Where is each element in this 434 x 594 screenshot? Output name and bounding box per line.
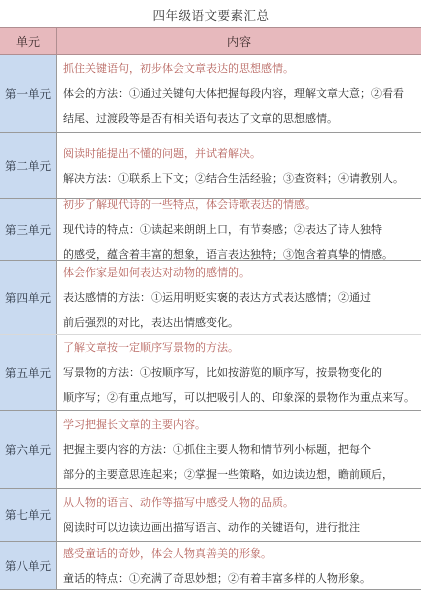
- unit-goal: 阅读时能提出不懂的问题，并试着解决。: [63, 141, 421, 166]
- content-line: 写景物的方法：①按顺序写，比如按游览的顺序写，按景物变化的: [63, 360, 421, 385]
- content-cell: 体会作家是如何表达对动物的感情的。 表达感情的方法：①运用明贬实褒的表达方式表达…: [57, 261, 421, 334]
- content-cell: 从人物的语言、动作等描写中感受人物的品质。 阅读时可以边读边画出描写语言、动作的…: [57, 489, 421, 541]
- unit-cell: 第三单元: [0, 199, 57, 260]
- unit-cell: 第二单元: [0, 133, 57, 198]
- table-row: 第一单元 抓住关键语句，初步体会文章表达的思想感情。 体会的方法：①通过关键句大…: [0, 55, 421, 133]
- content-cell: 阅读时能提出不懂的问题，并试着解决。 解决方法：①联系上下文；②结合生活经验；③…: [57, 133, 421, 198]
- content-line: 阅读时可以边读边画出描写语言、动作的关键语句，进行批注: [63, 515, 421, 540]
- content-line: 表达感情的方法：①运用明贬实褒的表达方式表达感情；②通过: [63, 285, 421, 310]
- unit-goal: 从人物的语言、动作等描写中感受人物的品质。: [63, 490, 421, 515]
- summary-table: 单元 内容 第一单元 抓住关键语句，初步体会文章表达的思想感情。 体会的方法：①…: [0, 27, 421, 590]
- content-line: 把握主要内容的方法：①抓住主要人物和情节列小标题，把每个: [63, 437, 421, 462]
- content-line: 结尾、过渡段等是否有相关语句表达了文章的思想感情。: [63, 106, 421, 131]
- document-title: 四年级语文要素汇总: [0, 6, 422, 24]
- table-row: 第五单元 了解文章按一定顺序写景物的方法。 写景物的方法：①按顺序写，比如按游览…: [0, 335, 421, 411]
- unit-goal: 抓住关键语句，初步体会文章表达的思想感情。: [63, 56, 421, 81]
- table-row: 第八单元 感受童话的奇妙，体会人物真善美的形象。 童话的特点：①充满了奇思妙想；…: [0, 542, 421, 590]
- header-unit: 单元: [0, 28, 57, 54]
- table-row: 第四单元 体会作家是如何表达对动物的感情的。 表达感情的方法：①运用明贬实褒的表…: [0, 261, 421, 335]
- content-cell: 学习把握长文章的主要内容。 把握主要内容的方法：①抓住主要人物和情节列小标题，把…: [57, 411, 421, 488]
- content-line: 童话的特点：①充满了奇思妙想；②有着丰富多样的人物形象。: [63, 566, 421, 591]
- content-line: 顺序写；②有重点地写，可以把吸引人的、印象深的景物作为重点来写。: [63, 385, 421, 410]
- unit-goal: 初步了解现代诗的一些特点，体会诗歌表达的情感。: [63, 192, 421, 217]
- unit-goal: 了解文章按一定顺序写景物的方法。: [63, 335, 421, 360]
- table-row: 第七单元 从人物的语言、动作等描写中感受人物的品质。 阅读时可以边读边画出描写语…: [0, 489, 421, 542]
- unit-cell: 第五单元: [0, 335, 57, 410]
- unit-cell: 第八单元: [0, 542, 57, 589]
- content-cell: 初步了解现代诗的一些特点，体会诗歌表达的情感。 现代诗的特点：①读起来朗朗上口，…: [57, 199, 421, 260]
- unit-cell: 第四单元: [0, 261, 57, 334]
- unit-cell: 第六单元: [0, 411, 57, 488]
- unit-goal: 学习把握长文章的主要内容。: [63, 412, 421, 437]
- table-row: 第三单元 初步了解现代诗的一些特点，体会诗歌表达的情感。 现代诗的特点：①读起来…: [0, 199, 421, 261]
- content-line: 现代诗的特点：①读起来朗朗上口，有节奏感；②表达了诗人独特: [63, 217, 421, 242]
- content-cell: 抓住关键语句，初步体会文章表达的思想感情。 体会的方法：①通过关键句大体把握每段…: [57, 55, 421, 132]
- unit-goal: 感受童话的奇妙，体会人物真善美的形象。: [63, 541, 421, 566]
- unit-cell: 第七单元: [0, 489, 57, 541]
- content-cell: 感受童话的奇妙，体会人物真善美的形象。 童话的特点：①充满了奇思妙想；②有着丰富…: [57, 542, 421, 589]
- unit-goal: 体会作家是如何表达对动物的感情的。: [63, 260, 421, 285]
- content-cell: 了解文章按一定顺序写景物的方法。 写景物的方法：①按顺序写，比如按游览的顺序写，…: [57, 335, 421, 410]
- content-line: 前后强烈的对比，表达出情感变化。: [63, 310, 421, 335]
- content-line: 部分的主要意思连起来；②掌握一些策略，如边读边想，瞻前顾后，: [63, 462, 421, 487]
- table-row: 第二单元 阅读时能提出不懂的问题，并试着解决。 解决方法：①联系上下文；②结合生…: [0, 133, 421, 199]
- unit-cell: 第一单元: [0, 55, 57, 132]
- table-header: 单元 内容: [0, 27, 421, 55]
- content-line: 解决方法：①联系上下文；②结合生活经验；③查资料；④请教别人。: [63, 166, 421, 191]
- content-line: 体会的方法：①通过关键句大体把握每段内容，理解文章大意；②看看: [63, 81, 421, 106]
- header-content: 内容: [57, 28, 421, 54]
- table-row: 第六单元 学习把握长文章的主要内容。 把握主要内容的方法：①抓住主要人物和情节列…: [0, 411, 421, 489]
